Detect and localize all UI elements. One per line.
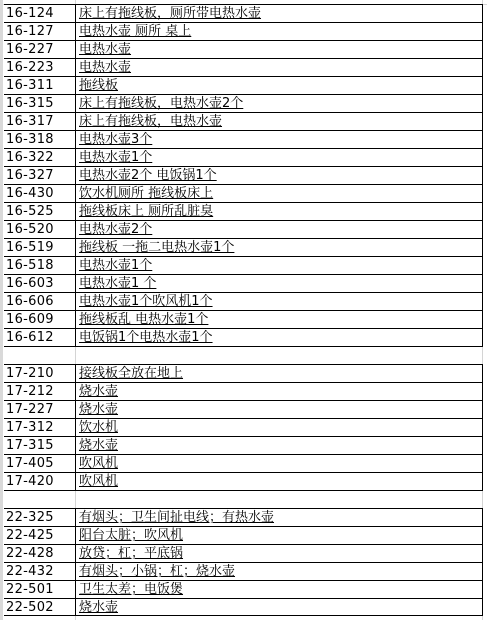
table-body: 16-124床上有拖线板，厕所带电热水壶 16-127电热水壶 厕所 桌上 16… — [4, 4, 483, 616]
note-cell[interactable]: 拖线板 一拖二电热水壶1个 — [75, 239, 483, 256]
room-cell[interactable]: 17-420 — [4, 473, 75, 490]
room-cell[interactable]: 22-428 — [4, 545, 75, 562]
note-cell[interactable]: 吹风机 — [75, 455, 483, 472]
note-text: 电热水壶 厕所 桌上 — [79, 24, 191, 39]
room-cell[interactable]: 16-318 — [4, 131, 75, 148]
empty-cell[interactable] — [75, 491, 483, 508]
room-cell[interactable]: 22-425 — [4, 527, 75, 544]
table-row[interactable]: 16-520电热水壶2个 — [4, 220, 483, 238]
room-cell[interactable]: 16-603 — [4, 275, 75, 292]
empty-cell[interactable] — [75, 347, 483, 364]
room-cell[interactable]: 16-227 — [4, 41, 75, 58]
table-row[interactable]: 16-518电热水壶1个 — [4, 256, 483, 274]
table-row[interactable]: 17-405吹风机 — [4, 454, 483, 472]
note-text: 电热水壶 — [79, 42, 131, 57]
note-cell[interactable]: 电热水壶1个吹风机1个 — [75, 293, 483, 310]
table-row[interactable]: 17-420吹风机 — [4, 472, 483, 490]
note-text: 有烟头；小锅；杠；烧水壶 — [79, 564, 235, 579]
table-row[interactable]: 16-311拖线板 — [4, 76, 483, 94]
room-cell[interactable]: 17-227 — [4, 401, 75, 418]
note-cell[interactable]: 接线板全放在地上 — [75, 365, 483, 382]
note-cell[interactable]: 电热水壶 — [75, 59, 483, 76]
note-cell[interactable]: 床上有拖线板，厕所带电热水壶 — [75, 5, 483, 22]
note-text: 床上有拖线板，电热水壶2个 — [79, 96, 243, 111]
note-text: 电热水壶1 个 — [79, 276, 156, 291]
note-cell[interactable]: 电热水壶2个 电饭锅1个 — [75, 167, 483, 184]
note-text: 拖线板床上 厕所乱脏臭 — [79, 204, 213, 219]
table-row[interactable]: 17-227烧水壶 — [4, 400, 483, 418]
note-cell[interactable]: 阳台太脏；吹风机 — [75, 527, 483, 544]
table-row[interactable]: 22-501卫生太差；电饭煲 — [4, 580, 483, 598]
room-cell[interactable]: 16-525 — [4, 203, 75, 220]
table-row[interactable]: 16-227电热水壶 — [4, 40, 483, 58]
note-text: 烧水壶 — [79, 402, 118, 417]
note-cell[interactable]: 烧水壶 — [75, 599, 483, 615]
note-cell[interactable]: 饮水机厕所 拖线板床上 — [75, 185, 483, 202]
note-text: 吹风机 — [79, 456, 118, 471]
room-cell[interactable]: 16-519 — [4, 239, 75, 256]
room-cell[interactable]: 22-502 — [4, 599, 75, 615]
note-cell[interactable]: 电热水壶 — [75, 41, 483, 58]
note-cell[interactable]: 电饭锅1个电热水壶1个 — [75, 329, 483, 346]
table-row[interactable]: 16-525拖线板床上 厕所乱脏臭 — [4, 202, 483, 220]
note-cell[interactable]: 烧水壶 — [75, 383, 483, 400]
note-text: 电热水壶1个吹风机1个 — [79, 294, 213, 309]
note-cell[interactable]: 拖线板 — [75, 77, 483, 94]
note-cell[interactable]: 电热水壶2个 — [75, 221, 483, 238]
table-row[interactable]: 22-325有烟头；卫生间扯电线；有热水壶 — [4, 508, 483, 526]
table-row[interactable]: 16-317床上有拖线板，电热水壶 — [4, 112, 483, 130]
note-text: 烧水壶 — [79, 438, 118, 453]
room-cell[interactable]: 17-405 — [4, 455, 75, 472]
note-cell[interactable]: 电热水壶3个 — [75, 131, 483, 148]
room-cell[interactable]: 16-317 — [4, 113, 75, 130]
note-cell[interactable]: 吹风机 — [75, 473, 483, 490]
note-text: 放贷；杠；平底锅 — [79, 546, 183, 561]
note-cell[interactable]: 床上有拖线板，电热水壶2个 — [75, 95, 483, 112]
room-cell[interactable]: 17-312 — [4, 419, 75, 436]
room-cell[interactable]: 22-325 — [4, 509, 75, 526]
room-cell[interactable]: 16-311 — [4, 77, 75, 94]
note-text: 有烟头；卫生间扯电线；有热水壶 — [79, 510, 274, 525]
note-cell[interactable]: 放贷；杠；平底锅 — [75, 545, 483, 562]
note-text: 床上有拖线板，厕所带电热水壶 — [79, 6, 261, 21]
note-text: 拖线板 一拖二电热水壶1个 — [79, 240, 234, 255]
table-row[interactable]: 17-210接线板全放在地上 — [4, 364, 483, 382]
room-cell[interactable]: 16-430 — [4, 185, 75, 202]
blank-row[interactable] — [4, 490, 483, 508]
room-cell[interactable]: 17-315 — [4, 437, 75, 454]
table-row[interactable]: 22-428放贷；杠；平底锅 — [4, 544, 483, 562]
note-text: 电热水壶1个 — [79, 150, 152, 165]
room-cell[interactable]: 16-124 — [4, 5, 75, 22]
room-cell[interactable]: 16-223 — [4, 59, 75, 76]
room-cell[interactable]: 16-520 — [4, 221, 75, 238]
table-row[interactable]: 16-127电热水壶 厕所 桌上 — [4, 22, 483, 40]
note-text: 阳台太脏；吹风机 — [79, 528, 183, 543]
note-cell[interactable]: 床上有拖线板，电热水壶 — [75, 113, 483, 130]
room-cell[interactable]: 16-606 — [4, 293, 75, 310]
table-row[interactable]: 16-322电热水壶1个 — [4, 148, 483, 166]
note-text: 烧水壶 — [79, 384, 118, 399]
note-cell[interactable]: 电热水壶1 个 — [75, 275, 483, 292]
room-cell[interactable]: 16-127 — [4, 23, 75, 40]
table-row[interactable]: 16-430饮水机厕所 拖线板床上 — [4, 184, 483, 202]
empty-cell[interactable] — [4, 491, 75, 508]
note-cell[interactable]: 有烟头；小锅；杠；烧水壶 — [75, 563, 483, 580]
table-row[interactable]: 17-212烧水壶 — [4, 382, 483, 400]
room-cell[interactable]: 16-327 — [4, 167, 75, 184]
room-cell[interactable]: 16-612 — [4, 329, 75, 346]
table-row[interactable]: 16-519拖线板 一拖二电热水壶1个 — [4, 238, 483, 256]
note-text: 电热水壶2个 电饭锅1个 — [79, 168, 217, 183]
table-row[interactable]: 16-606电热水壶1个吹风机1个 — [4, 292, 483, 310]
table-row[interactable]: 22-432有烟头；小锅；杠；烧水壶 — [4, 562, 483, 580]
room-cell[interactable]: 16-518 — [4, 257, 75, 274]
blank-row[interactable] — [4, 346, 483, 364]
table-row[interactable]: 16-318电热水壶3个 — [4, 130, 483, 148]
room-cell[interactable]: 17-212 — [4, 383, 75, 400]
note-cell[interactable]: 电热水壶1个 — [75, 257, 483, 274]
note-cell[interactable]: 烧水壶 — [75, 401, 483, 418]
empty-cell[interactable] — [4, 347, 75, 364]
note-cell[interactable]: 拖线板床上 厕所乱脏臭 — [75, 203, 483, 220]
note-cell[interactable]: 电热水壶1个 — [75, 149, 483, 166]
note-cell[interactable]: 烧水壶 — [75, 437, 483, 454]
note-cell[interactable]: 饮水机 — [75, 419, 483, 436]
note-text: 饮水机 — [79, 420, 118, 435]
note-cell[interactable]: 拖线板乱 电热水壶1个 — [75, 311, 483, 328]
room-cell[interactable]: 16-315 — [4, 95, 75, 112]
spreadsheet-grid: 16-124床上有拖线板，厕所带电热水壶 16-127电热水壶 厕所 桌上 16… — [0, 0, 487, 620]
note-cell[interactable]: 卫生太差；电饭煲 — [75, 581, 483, 598]
room-cell[interactable]: 16-609 — [4, 311, 75, 328]
note-text: 电热水壶1个 — [79, 258, 152, 273]
table-row[interactable]: 16-223电热水壶 — [4, 58, 483, 76]
note-text: 电热水壶 — [79, 60, 131, 75]
table-row[interactable]: 17-312饮水机 — [4, 418, 483, 436]
note-text: 饮水机厕所 拖线板床上 — [79, 186, 213, 201]
note-text: 拖线板 — [79, 78, 118, 93]
table-row[interactable]: 16-609拖线板乱 电热水壶1个 — [4, 310, 483, 328]
note-text: 电饭锅1个电热水壶1个 — [79, 330, 213, 345]
table-row[interactable]: 16-603电热水壶1 个 — [4, 274, 483, 292]
note-text: 电热水壶3个 — [79, 132, 152, 147]
note-text: 烧水壶 — [79, 600, 118, 615]
note-text: 床上有拖线板，电热水壶 — [79, 114, 222, 129]
room-cell[interactable]: 22-501 — [4, 581, 75, 598]
table-row[interactable]: 22-502烧水壶 — [4, 598, 483, 616]
table-row[interactable]: 16-124床上有拖线板，厕所带电热水壶 — [4, 4, 483, 22]
room-cell[interactable]: 17-210 — [4, 365, 75, 382]
note-text: 拖线板乱 电热水壶1个 — [79, 312, 208, 327]
table-row[interactable]: 16-327电热水壶2个 电饭锅1个 — [4, 166, 483, 184]
note-cell[interactable]: 有烟头；卫生间扯电线；有热水壶 — [75, 509, 483, 526]
note-text: 电热水壶2个 — [79, 222, 152, 237]
note-text: 吹风机 — [79, 474, 118, 489]
note-text: 卫生太差；电饭煲 — [79, 582, 183, 597]
note-text: 接线板全放在地上 — [79, 366, 183, 381]
table-row[interactable]: 22-425阳台太脏；吹风机 — [4, 526, 483, 544]
table-row[interactable]: 17-315烧水壶 — [4, 436, 483, 454]
row-header-edge — [0, 0, 3, 620]
table-row[interactable]: 16-315床上有拖线板，电热水壶2个 — [4, 94, 483, 112]
table-row[interactable]: 16-612电饭锅1个电热水壶1个 — [4, 328, 483, 346]
note-cell[interactable]: 电热水壶 厕所 桌上 — [75, 23, 483, 40]
room-cell[interactable]: 16-322 — [4, 149, 75, 166]
room-cell[interactable]: 22-432 — [4, 563, 75, 580]
